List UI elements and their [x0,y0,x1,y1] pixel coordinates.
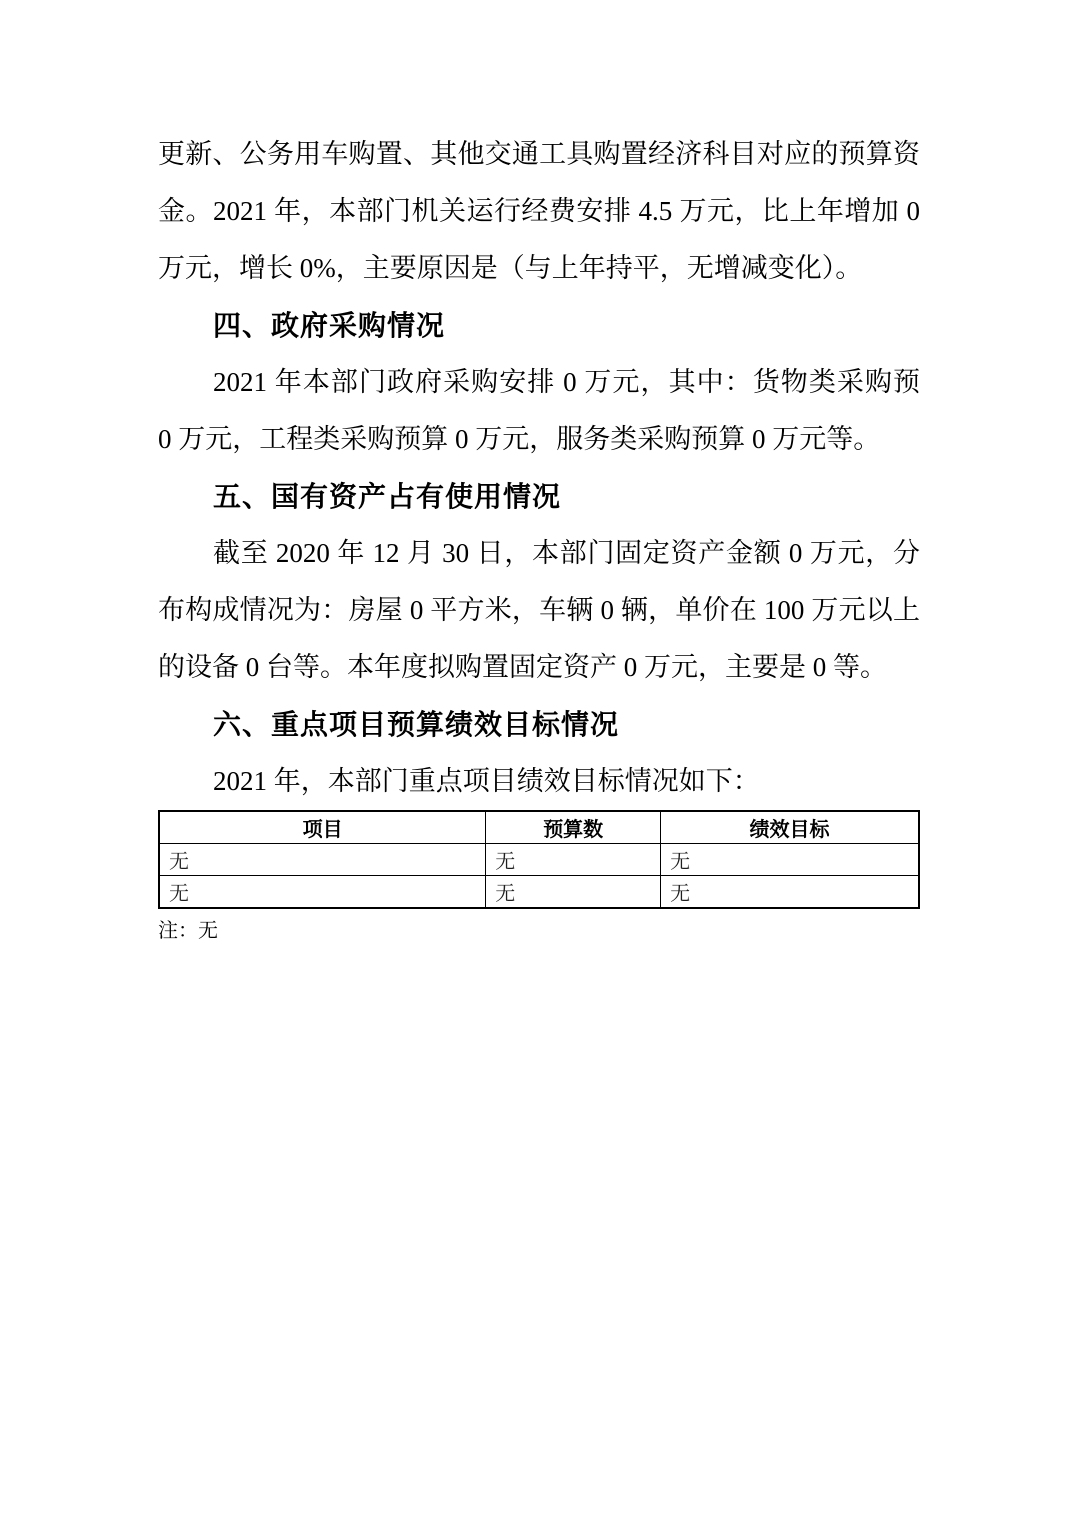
body-text-line: 布构成情况为：房屋 0 平方米，车辆 0 辆，单价在 100 万元以上 [158,582,920,639]
paragraph-operating-funds: 更新、公务用车购置、其他交通工具购置经济科目对应的预算资 金。2021 年，本部… [158,126,920,297]
table-cell: 无 [486,844,661,876]
table-row: 无 无 无 [159,876,919,909]
document-content: 更新、公务用车购置、其他交通工具购置经济科目对应的预算资 金。2021 年，本部… [158,126,920,944]
body-text-line: 截至 2020 年 12 月 30 日，本部门固定资产金额 0 万元，分 [158,525,920,582]
table-note: 注：无 [158,918,920,944]
section-heading-government-procurement: 四、政府采购情况 [158,297,920,354]
body-text-line: 金。2021 年，本部门机关运行经费安排 4.5 万元，比上年增加 0 [158,183,920,240]
body-text-line: 0 万元，工程类采购预算 0 万元，服务类采购预算 0 万元等。 [158,411,920,468]
table-cell: 无 [159,844,486,876]
body-text-line: 万元，增长 0%，主要原因是（与上年持平，无增减变化）。 [158,240,920,297]
table-cell: 无 [661,844,919,876]
section-heading-state-assets: 五、国有资产占有使用情况 [158,468,920,525]
table-header-row: 项目 预算数 绩效目标 [159,811,919,844]
paragraph-state-assets: 截至 2020 年 12 月 30 日，本部门固定资产金额 0 万元，分 布构成… [158,525,920,696]
performance-targets-table: 项目 预算数 绩效目标 无 无 无 无 无 无 [158,810,920,909]
table-header-budget: 预算数 [486,811,661,844]
body-text-line: 更新、公务用车购置、其他交通工具购置经济科目对应的预算资 [158,126,920,183]
body-text-line: 2021 年，本部门重点项目绩效目标情况如下： [158,753,920,810]
table-cell: 无 [661,876,919,909]
table-header-performance-target: 绩效目标 [661,811,919,844]
section-heading-key-projects: 六、重点项目预算绩效目标情况 [158,696,920,753]
table-header-project: 项目 [159,811,486,844]
body-text-line: 的设备 0 台等。本年度拟购置固定资产 0 万元，主要是 0 等。 [158,639,920,696]
table-cell: 无 [486,876,661,909]
paragraph-government-procurement: 2021 年本部门政府采购安排 0 万元，其中：货物类采购预算 0 万元，工程类… [158,354,920,468]
table-row: 无 无 无 [159,844,919,876]
table-cell: 无 [159,876,486,909]
document-page: 更新、公务用车购置、其他交通工具购置经济科目对应的预算资 金。2021 年，本部… [0,0,1080,1527]
paragraph-key-projects: 2021 年，本部门重点项目绩效目标情况如下： [158,753,920,810]
body-text-line: 2021 年本部门政府采购安排 0 万元，其中：货物类采购预算 [158,354,920,411]
